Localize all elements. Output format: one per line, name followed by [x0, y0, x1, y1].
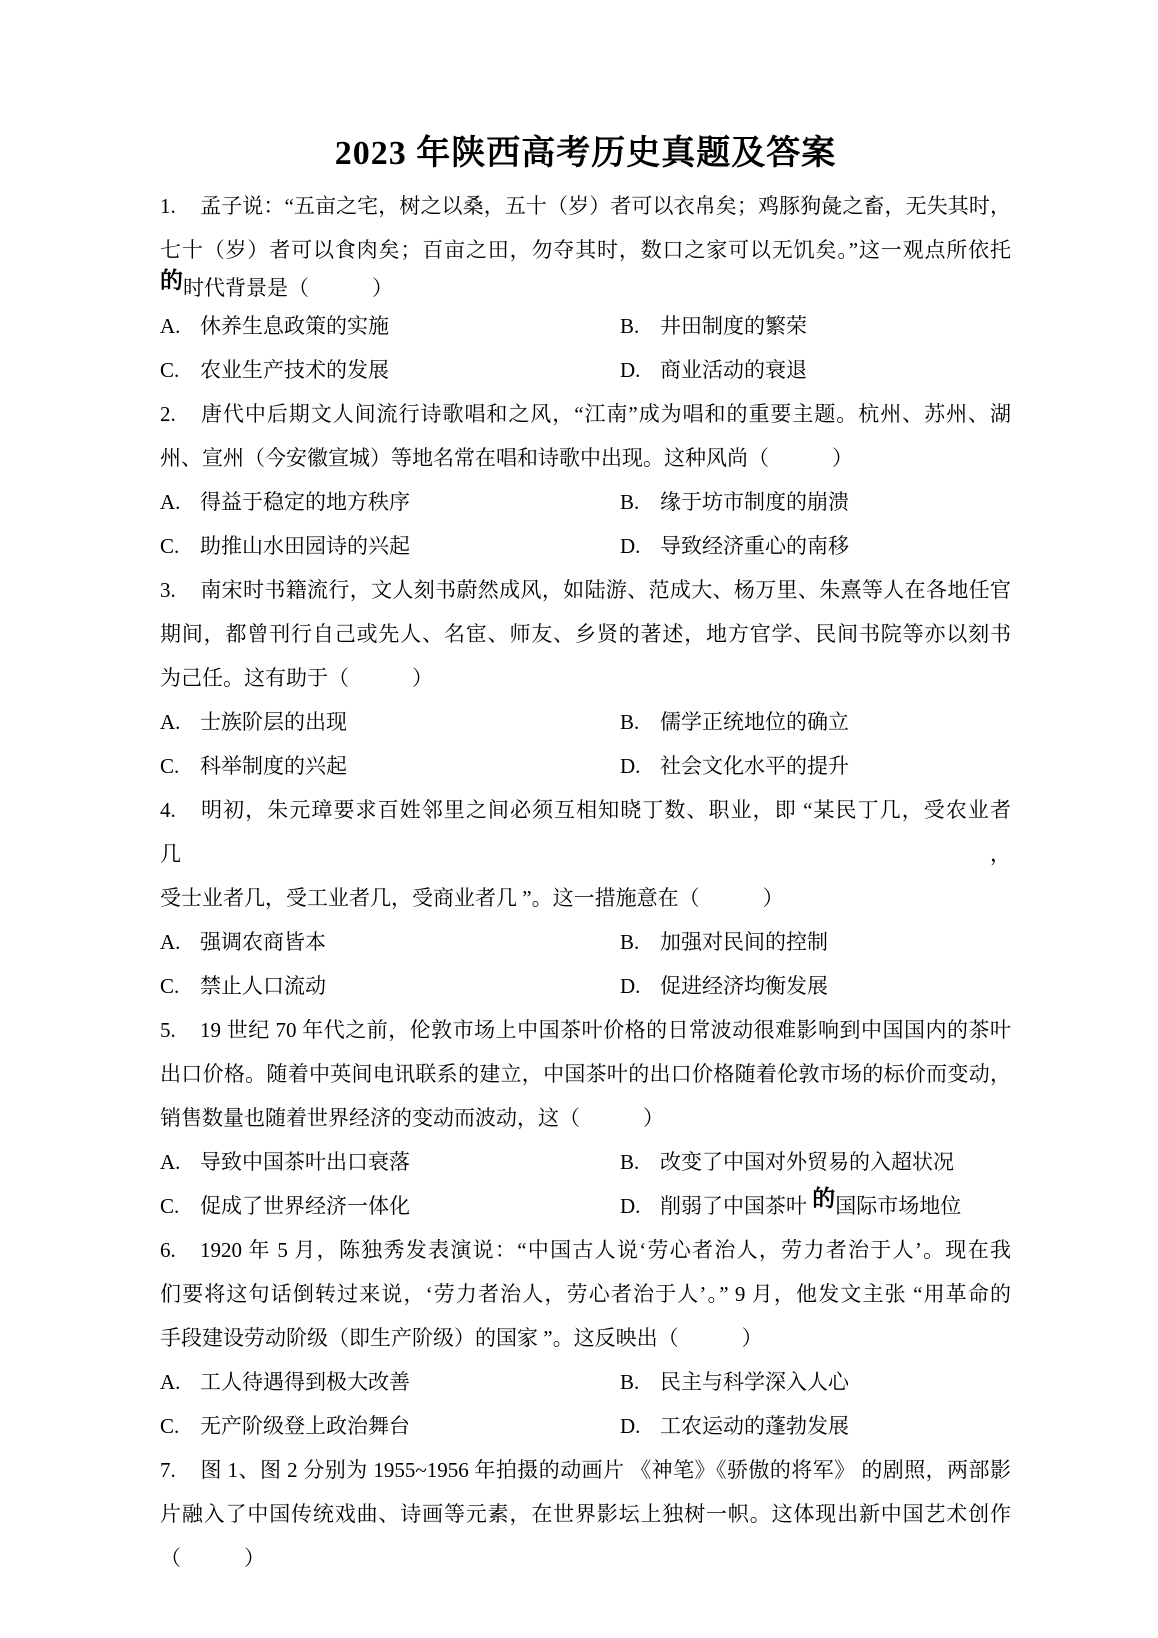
question-stem-line: 们要将这句话倒转过来说，‘劳力者治人，劳心者治于人’。” 9 月，他发文主张 “… [160, 1272, 1011, 1316]
question-block: 2.唐代中后期文人间流行诗歌唱和之风，“江南”成为唱和的重要主题。杭州、苏州、湖… [160, 392, 1011, 568]
option-text: 助推山水田园诗的兴起 [200, 524, 410, 568]
option-label: A. [160, 1360, 200, 1404]
question-stem-line: 出口价格。随着中英间电讯联系的建立，中国茶叶的出口价格随着伦敦市场的标价而变动， [160, 1052, 1011, 1096]
option-label: B. [620, 1360, 660, 1404]
question-stem-line: 片融入了中国传统戏曲、诗画等元素，在世界影坛上独树一帜。这体现出新中国艺术创作 [160, 1492, 1011, 1536]
question-stem-line: 4.明初，朱元璋要求百姓邻里之间必须互相知晓丁数、职业，即 “某民丁几，受农业者… [160, 788, 1011, 876]
option-d: D.促进经济均衡发展 [620, 964, 828, 1008]
text-segment: 井田制度的繁荣 [660, 314, 807, 338]
option-b: B.缘于坊市制度的崩溃 [620, 480, 849, 524]
question-number: 3. [160, 568, 200, 612]
question-stem-line: 销售数量也随着世界经济的变动而波动，这（ ） [160, 1096, 1011, 1140]
question-stem-line: 7.图 1、图 2 分别为 1955~1956 年拍摄的动画片 《神笔》《骄傲的… [160, 1448, 1011, 1492]
text-segment: 强调农商皆本 [200, 930, 326, 954]
option-a: A.工人待遇得到极大改善 [160, 1360, 620, 1404]
text-segment: 无产阶级登上政治舞台 [200, 1414, 410, 1438]
option-d: D.导致经济重心的南移 [620, 524, 849, 568]
text-segment: 农业生产技术的发展 [200, 358, 389, 382]
text-segment: （ ） [160, 1546, 265, 1570]
option-text: 得益于稳定的地方秩序 [200, 480, 410, 524]
text-segment: 工农运动的蓬勃发展 [660, 1414, 849, 1438]
text-segment: 缘于坊市制度的崩溃 [660, 490, 849, 514]
option-label: B. [620, 480, 660, 524]
text-segment: 士族阶层的出现 [200, 710, 347, 734]
option-row: C.科举制度的兴起D.社会文化水平的提升 [160, 744, 1011, 788]
option-label: D. [620, 524, 660, 568]
text-segment: 导致经济重心的南移 [660, 534, 849, 558]
option-label: B. [620, 304, 660, 348]
text-segment: 民主与科学深入人心 [660, 1370, 849, 1394]
option-text: 民主与科学深入人心 [660, 1360, 849, 1404]
option-row: A.士族阶层的出现B.儒学正统地位的确立 [160, 700, 1011, 744]
text-segment: 为己任。这有助于（ ） [160, 666, 433, 690]
question-block: 3.南宋时书籍流行，文人刻书蔚然成风，如陆游、范成大、杨万里、朱熹等人在各地任官… [160, 568, 1011, 788]
question-block: 1.孟子说：“五亩之宅，树之以桑，五十（岁）者可以衣帛矣；鸡豚狗彘之畜，无失其时… [160, 184, 1011, 392]
option-label: A. [160, 480, 200, 524]
text-segment: 促进经济均衡发展 [660, 974, 828, 998]
question-block: 7.图 1、图 2 分别为 1955~1956 年拍摄的动画片 《神笔》《骄傲的… [160, 1448, 1011, 1580]
option-b: B.儒学正统地位的确立 [620, 700, 849, 744]
option-text: 商业活动的衰退 [660, 348, 807, 392]
text-segment: 七十（岁）者可以食肉矣；百亩之田，勿夺其时，数口之家可以无饥矣。”这一观点所依托 [160, 238, 1011, 262]
option-c: C.农业生产技术的发展 [160, 348, 620, 392]
option-a: A.得益于稳定的地方秩序 [160, 480, 620, 524]
question-block: 4.明初，朱元璋要求百姓邻里之间必须互相知晓丁数、职业，即 “某民丁几，受农业者… [160, 788, 1011, 1008]
option-text: 导致经济重心的南移 [660, 524, 849, 568]
option-text: 农业生产技术的发展 [200, 348, 389, 392]
question-stem-line: 的时代背景是（ ） [160, 272, 1011, 304]
text-segment: 州、宣州（今安徽宣城）等地名常在唱和诗歌中出现。这种风尚（ ） [160, 446, 853, 470]
question-stem-line: 期间，都曾刊行自己或先人、名宦、师友、乡贤的著述，地方官学、民间书院等亦以刻书 [160, 612, 1011, 656]
option-d: D.削弱了中国茶叶 的国际市场地位 [620, 1184, 961, 1228]
exam-document-page: 2023 年陕西高考历史真题及答案 1.孟子说：“五亩之宅，树之以桑，五十（岁）… [0, 0, 1158, 1638]
text-segment: 得益于稳定的地方秩序 [200, 490, 410, 514]
question-stem-line: 2.唐代中后期文人间流行诗歌唱和之风，“江南”成为唱和的重要主题。杭州、苏州、湖 [160, 392, 1011, 436]
text-segment: 期间，都曾刊行自己或先人、名宦、师友、乡贤的著述，地方官学、民间书院等亦以刻书 [160, 622, 1011, 646]
text-segment: 改变了中国对外贸易的入超状况 [660, 1150, 954, 1174]
text-segment: 促成了世界经济一体化 [200, 1194, 410, 1218]
text-segment: 销售数量也随着世界经济的变动而波动，这（ ） [160, 1106, 664, 1130]
option-text: 科举制度的兴起 [200, 744, 347, 788]
text-segment: 工人待遇得到极大改善 [200, 1370, 410, 1394]
question-stem-line: 州、宣州（今安徽宣城）等地名常在唱和诗歌中出现。这种风尚（ ） [160, 436, 1011, 480]
text-segment: 图 1、图 2 分别为 1955~1956 年拍摄的动画片 《神笔》《骄傲的将军… [200, 1458, 1011, 1482]
text-segment: 明初，朱元璋要求百姓邻里之间必须互相知晓丁数、职业，即 “某民丁几，受农业者几， [160, 798, 1011, 866]
text-segment: 禁止人口流动 [200, 974, 326, 998]
option-b: B.井田制度的繁荣 [620, 304, 807, 348]
option-text: 导致中国茶叶出口衰落 [200, 1140, 410, 1184]
text-segment: 削弱了中国茶叶 [660, 1194, 812, 1218]
option-label: C. [160, 1404, 200, 1448]
option-label: C. [160, 524, 200, 568]
option-b: B.改变了中国对外贸易的入超状况 [620, 1140, 954, 1184]
emphasized-char: 的 [160, 268, 183, 293]
text-segment: 商业活动的衰退 [660, 358, 807, 382]
option-b: B.加强对民间的控制 [620, 920, 828, 964]
question-number: 4. [160, 788, 200, 832]
text-segment: 科举制度的兴起 [200, 754, 347, 778]
text-segment: 1920 年 5 月，陈独秀发表演说：“中国古人说‘劳心者治人，劳力者治于人’。… [200, 1238, 1011, 1262]
option-row: A.得益于稳定的地方秩序B.缘于坊市制度的崩溃 [160, 480, 1011, 524]
text-segment: 唐代中后期文人间流行诗歌唱和之风，“江南”成为唱和的重要主题。杭州、苏州、湖 [200, 402, 1011, 426]
option-row: A.强调农商皆本B.加强对民间的控制 [160, 920, 1011, 964]
option-d: D.社会文化水平的提升 [620, 744, 849, 788]
question-number: 6. [160, 1228, 200, 1272]
text-segment: 助推山水田园诗的兴起 [200, 534, 410, 558]
option-label: A. [160, 920, 200, 964]
question-number: 2. [160, 392, 200, 436]
option-a: A.士族阶层的出现 [160, 700, 620, 744]
text-segment: 片融入了中国传统戏曲、诗画等元素，在世界影坛上独树一帜。这体现出新中国艺术创作 [160, 1502, 1011, 1526]
option-row: C.促成了世界经济一体化D.削弱了中国茶叶 的国际市场地位 [160, 1184, 1011, 1228]
option-text: 休养生息政策的实施 [200, 304, 389, 348]
option-text: 儒学正统地位的确立 [660, 700, 849, 744]
text-segment: 国际市场地位 [835, 1194, 961, 1218]
option-label: B. [620, 920, 660, 964]
option-c: C.无产阶级登上政治舞台 [160, 1404, 620, 1448]
question-stem-line: 1.孟子说：“五亩之宅，树之以桑，五十（岁）者可以衣帛矣；鸡豚狗彘之畜，无失其时… [160, 184, 1011, 228]
option-text: 加强对民间的控制 [660, 920, 828, 964]
text-segment: 导致中国茶叶出口衰落 [200, 1150, 410, 1174]
question-number: 1. [160, 184, 200, 228]
option-text: 促成了世界经济一体化 [200, 1184, 410, 1228]
text-segment: 受士业者几，受工业者几，受商业者几 ”。这一措施意在（ ） [160, 886, 784, 910]
page-content: 2023 年陕西高考历史真题及答案 1.孟子说：“五亩之宅，树之以桑，五十（岁）… [160, 132, 1011, 1580]
text-segment: 儒学正统地位的确立 [660, 710, 849, 734]
question-stem-line: （ ） [160, 1536, 1011, 1580]
option-label: B. [620, 700, 660, 744]
option-text: 社会文化水平的提升 [660, 744, 849, 788]
option-label: C. [160, 1184, 200, 1228]
emphasized-char: 的 [812, 1186, 835, 1211]
question-stem-line: 受士业者几，受工业者几，受商业者几 ”。这一措施意在（ ） [160, 876, 1011, 920]
question-stem-line: 手段建设劳动阶级（即生产阶级）的国家 ”。这反映出（ ） [160, 1316, 1011, 1360]
option-row: C.禁止人口流动D.促进经济均衡发展 [160, 964, 1011, 1008]
text-segment: 孟子说：“五亩之宅，树之以桑，五十（岁）者可以衣帛矣；鸡豚狗彘之畜，无失其时， [200, 194, 1011, 218]
text-segment: 加强对民间的控制 [660, 930, 828, 954]
option-label: D. [620, 1404, 660, 1448]
text-segment: 19 世纪 70 年代之前，伦敦市场上中国茶叶价格的日常波动很难影响到中国国内的… [200, 1018, 1011, 1042]
option-text: 缘于坊市制度的崩溃 [660, 480, 849, 524]
option-text: 无产阶级登上政治舞台 [200, 1404, 410, 1448]
page-title: 2023 年陕西高考历史真题及答案 [160, 132, 1011, 176]
option-text: 削弱了中国茶叶 的国际市场地位 [660, 1184, 961, 1228]
option-label: A. [160, 304, 200, 348]
option-text: 井田制度的繁荣 [660, 304, 807, 348]
option-label: D. [620, 1184, 660, 1228]
option-b: B.民主与科学深入人心 [620, 1360, 849, 1404]
question-stem-line: 为己任。这有助于（ ） [160, 656, 1011, 700]
option-text: 工人待遇得到极大改善 [200, 1360, 410, 1404]
option-d: D.商业活动的衰退 [620, 348, 807, 392]
text-segment: 们要将这句话倒转过来说，‘劳力者治人，劳心者治于人’。” 9 月，他发文主张 “… [160, 1282, 1011, 1306]
text-segment: 南宋时书籍流行，文人刻书蔚然成风，如陆游、范成大、杨万里、朱熹等人在各地任官 [200, 578, 1011, 602]
question-stem-line: 5.19 世纪 70 年代之前，伦敦市场上中国茶叶价格的日常波动很难影响到中国国… [160, 1008, 1011, 1052]
question-stem-line: 3.南宋时书籍流行，文人刻书蔚然成风，如陆游、范成大、杨万里、朱熹等人在各地任官 [160, 568, 1011, 612]
option-c: C.禁止人口流动 [160, 964, 620, 1008]
option-row: A.导致中国茶叶出口衰落B.改变了中国对外贸易的入超状况 [160, 1140, 1011, 1184]
option-row: C.助推山水田园诗的兴起D.导致经济重心的南移 [160, 524, 1011, 568]
option-label: C. [160, 964, 200, 1008]
option-text: 强调农商皆本 [200, 920, 326, 964]
option-label: A. [160, 700, 200, 744]
text-segment: 时代背景是（ ） [183, 276, 393, 300]
option-label: D. [620, 348, 660, 392]
option-text: 促进经济均衡发展 [660, 964, 828, 1008]
option-c: C.助推山水田园诗的兴起 [160, 524, 620, 568]
option-label: C. [160, 348, 200, 392]
text-segment: 手段建设劳动阶级（即生产阶级）的国家 ”。这反映出（ ） [160, 1326, 763, 1350]
option-row: C.无产阶级登上政治舞台D.工农运动的蓬勃发展 [160, 1404, 1011, 1448]
option-text: 禁止人口流动 [200, 964, 326, 1008]
text-segment: 社会文化水平的提升 [660, 754, 849, 778]
question-block: 5.19 世纪 70 年代之前，伦敦市场上中国茶叶价格的日常波动很难影响到中国国… [160, 1008, 1011, 1228]
option-label: A. [160, 1140, 200, 1184]
questions-list: 1.孟子说：“五亩之宅，树之以桑，五十（岁）者可以衣帛矣；鸡豚狗彘之畜，无失其时… [160, 184, 1011, 1580]
option-c: C.促成了世界经济一体化 [160, 1184, 620, 1228]
text-segment: 出口价格。随着中英间电讯联系的建立，中国茶叶的出口价格随着伦敦市场的标价而变动， [160, 1062, 1011, 1086]
option-text: 士族阶层的出现 [200, 700, 347, 744]
option-row: A.休养生息政策的实施B.井田制度的繁荣 [160, 304, 1011, 348]
option-c: C.科举制度的兴起 [160, 744, 620, 788]
question-stem-line: 七十（岁）者可以食肉矣；百亩之田，勿夺其时，数口之家可以无饥矣。”这一观点所依托 [160, 228, 1011, 272]
option-a: A.强调农商皆本 [160, 920, 620, 964]
option-row: C.农业生产技术的发展D.商业活动的衰退 [160, 348, 1011, 392]
option-text: 工农运动的蓬勃发展 [660, 1404, 849, 1448]
question-block: 6.1920 年 5 月，陈独秀发表演说：“中国古人说‘劳心者治人，劳力者治于人… [160, 1228, 1011, 1448]
question-number: 7. [160, 1448, 200, 1492]
text-segment: 休养生息政策的实施 [200, 314, 389, 338]
option-a: A.休养生息政策的实施 [160, 304, 620, 348]
option-label: B. [620, 1140, 660, 1184]
option-label: C. [160, 744, 200, 788]
option-d: D.工农运动的蓬勃发展 [620, 1404, 849, 1448]
option-a: A.导致中国茶叶出口衰落 [160, 1140, 620, 1184]
option-label: D. [620, 744, 660, 788]
question-number: 5. [160, 1008, 200, 1052]
option-text: 改变了中国对外贸易的入超状况 [660, 1140, 954, 1184]
option-label: D. [620, 964, 660, 1008]
option-row: A.工人待遇得到极大改善B.民主与科学深入人心 [160, 1360, 1011, 1404]
question-stem-line: 6.1920 年 5 月，陈独秀发表演说：“中国古人说‘劳心者治人，劳力者治于人… [160, 1228, 1011, 1272]
